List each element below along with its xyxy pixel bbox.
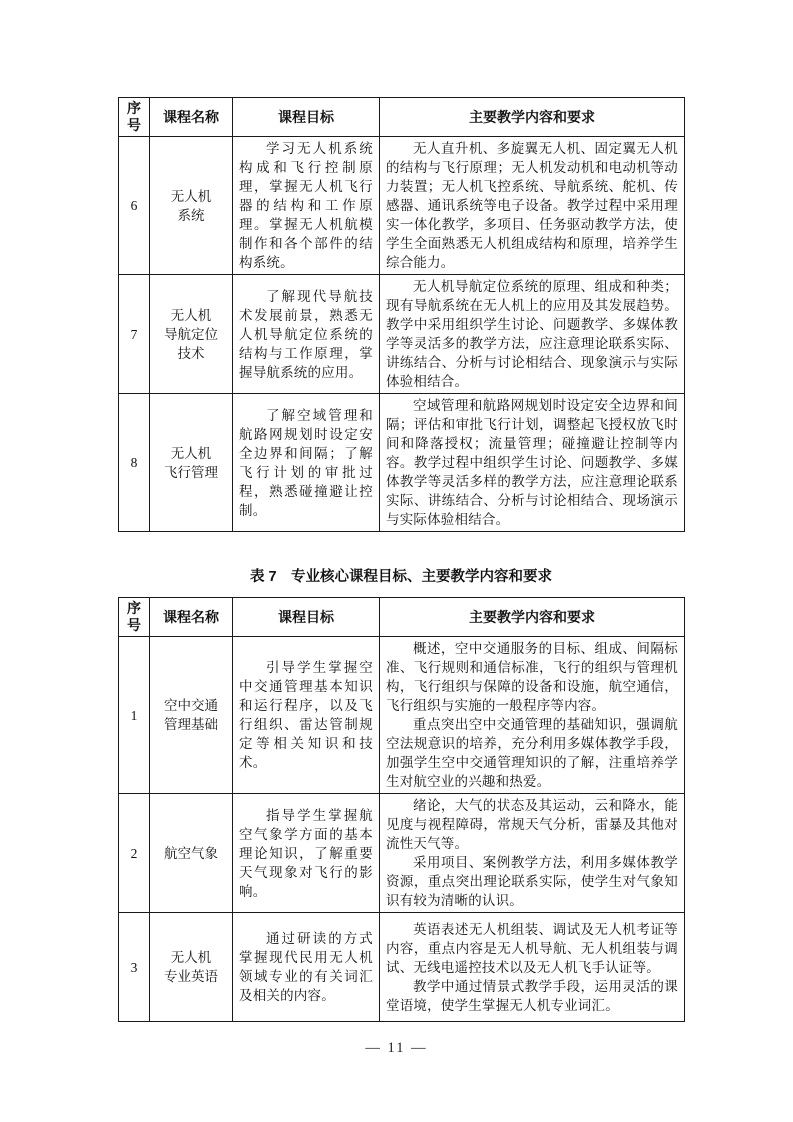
table-header-row: 序 号 课程名称 课程目标 主要教学内容和要求: [119, 598, 685, 637]
cell-teaching-content: 概述，空中交通服务的目标、组成、间隔标准、飞行规则和通信标准，飞行的组织与管理机…: [380, 637, 685, 794]
cell-seq-no: 8: [119, 394, 150, 532]
table-row: 6 无人机 系统 学习无人机系统构成和飞行控制原理，掌握无人机飞行器的结构和工作…: [119, 137, 685, 275]
table-header-row: 序 号 课程名称 课程目标 主要教学内容和要求: [119, 98, 685, 137]
cell-course-name: 空中交通 管理基础: [150, 637, 233, 794]
header-course-name: 课程名称: [150, 598, 233, 637]
content-paragraph: 空域管理和航路网规划时设定安全边界和间隔；评估和审批飞行计划，调整起飞授权放飞时…: [386, 396, 678, 529]
content-paragraph: 重点突出空中交通管理的基础知识，强调航空法规意识的培养，充分利用多媒体教学手段，…: [386, 715, 678, 791]
course-table-7: 序 号 课程名称 课程目标 主要教学内容和要求 1 空中交通 管理基础 引导学生…: [118, 597, 685, 1022]
cell-course-name: 航空气象: [150, 794, 233, 913]
header-course-goal: 课程目标: [233, 598, 380, 637]
table-row: 3 无人机 专业英语 通过研读的方式掌握现代民用无人机领域专业的有关词汇及相关的…: [119, 913, 685, 1022]
cell-course-goal: 学习无人机系统构成和飞行控制原理，掌握无人机飞行器的结构和工作原理。掌握无人机航…: [233, 137, 380, 275]
cell-course-goal: 引导学生掌握空中交通管理基本知识和运行程序，以及飞行组织、雷达管制规定等相关知识…: [233, 637, 380, 794]
table-row: 8 无人机 飞行管理 了解空域管理和航路网规划时设定安全边界和间隔；了解飞行计划…: [119, 394, 685, 532]
content-paragraph: 概述，空中交通服务的目标、组成、间隔标准、飞行规则和通信标准，飞行的组织与管理机…: [386, 639, 678, 715]
cell-teaching-content: 无人机导航定位系统的原理、组成和种类；现有导航系统在无人机上的应用及其发展趋势。…: [380, 275, 685, 394]
course-table-continued: 序 号 课程名称 课程目标 主要教学内容和要求 6 无人机 系统 学习无人机系统…: [118, 97, 685, 532]
content-paragraph: 无人机导航定位系统的原理、组成和种类；现有导航系统在无人机上的应用及其发展趋势。…: [386, 277, 678, 391]
content-paragraph: 采用项目、案例教学方法，利用多媒体教学资源，重点突出理论联系实际，使学生对气象知…: [386, 853, 678, 910]
goal-paragraph: 引导学生掌握空中交通管理基本知识和运行程序，以及飞行组织、雷达管制规定等相关知识…: [239, 658, 373, 772]
cell-course-name: 无人机 专业英语: [150, 913, 233, 1022]
content-paragraph: 绪论，大气的状态及其运动，云和降水，能见度与视程障碍，常规天气分析，雷暴及其他对…: [386, 796, 678, 853]
content-paragraph: 教学中通过情景式教学手段，运用灵活的课堂语境，使学生掌握无人机专业词汇。: [386, 977, 678, 1015]
cell-course-goal: 了解空域管理和航路网规划时设定安全边界和间隔；了解飞行计划的审批过程，熟悉碰撞避…: [233, 394, 380, 532]
content-paragraph: 无人直升机、多旋翼无人机、固定翼无人机的结构与飞行原理；无人机发动机和电动机等动…: [386, 139, 678, 272]
cell-seq-no: 7: [119, 275, 150, 394]
cell-seq-no: 6: [119, 137, 150, 275]
cell-teaching-content: 无人直升机、多旋翼无人机、固定翼无人机的结构与飞行原理；无人机发动机和电动机等动…: [380, 137, 685, 275]
goal-paragraph: 指导学生掌握航空气象学方面的基本理论知识，了解重要天气现象对飞行的影响。: [239, 806, 373, 901]
cell-seq-no: 1: [119, 637, 150, 794]
document-content: 序 号 课程名称 课程目标 主要教学内容和要求 6 无人机 系统 学习无人机系统…: [118, 97, 684, 1022]
cell-seq-no: 2: [119, 794, 150, 913]
cell-course-name: 无人机 系统: [150, 137, 233, 275]
table-row: 7 无人机 导航定位 技术 了解现代导航技术发展前景，熟悉无人机导航定位系统的结…: [119, 275, 685, 394]
header-teaching-content: 主要教学内容和要求: [380, 598, 685, 637]
cell-course-name: 无人机 导航定位 技术: [150, 275, 233, 394]
cell-course-goal: 了解现代导航技术发展前景，熟悉无人机导航定位系统的结构与工作原理，掌握导航系统的…: [233, 275, 380, 394]
cell-seq-no: 3: [119, 913, 150, 1022]
cell-course-goal: 通过研读的方式掌握现代民用无人机领域专业的有关词汇及相关的内容。: [233, 913, 380, 1022]
header-seq-no: 序 号: [119, 98, 150, 137]
header-teaching-content: 主要教学内容和要求: [380, 98, 685, 137]
page-number: — 11 —: [0, 1040, 793, 1057]
goal-paragraph: 学习无人机系统构成和飞行控制原理，掌握无人机飞行器的结构和工作原理。掌握无人机航…: [239, 139, 373, 272]
goal-paragraph: 通过研读的方式掌握现代民用无人机领域专业的有关词汇及相关的内容。: [239, 929, 373, 1005]
goal-paragraph: 了解空域管理和航路网规划时设定安全边界和间隔；了解飞行计划的审批过程，熟悉碰撞避…: [239, 406, 373, 520]
cell-teaching-content: 绪论，大气的状态及其运动，云和降水，能见度与视程障碍，常规天气分析，雷暴及其他对…: [380, 794, 685, 913]
table-row: 2 航空气象 指导学生掌握航空气象学方面的基本理论知识，了解重要天气现象对飞行的…: [119, 794, 685, 913]
table7-caption: 表 7 专业核心课程目标、主要教学内容和要求: [118, 566, 684, 588]
content-paragraph: 英语表述无人机组装、调试及无人机考证等内容，重点内容是无人机导航、无人机组装与调…: [386, 920, 678, 977]
table-row: 1 空中交通 管理基础 引导学生掌握空中交通管理基本知识和运行程序，以及飞行组织…: [119, 637, 685, 794]
header-course-name: 课程名称: [150, 98, 233, 137]
cell-teaching-content: 空域管理和航路网规划时设定安全边界和间隔；评估和审批飞行计划，调整起飞授权放飞时…: [380, 394, 685, 532]
header-seq-no: 序 号: [119, 598, 150, 637]
goal-paragraph: 了解现代导航技术发展前景，熟悉无人机导航定位系统的结构与工作原理，掌握导航系统的…: [239, 287, 373, 382]
cell-teaching-content: 英语表述无人机组装、调试及无人机考证等内容，重点内容是无人机导航、无人机组装与调…: [380, 913, 685, 1022]
header-course-goal: 课程目标: [233, 98, 380, 137]
cell-course-goal: 指导学生掌握航空气象学方面的基本理论知识，了解重要天气现象对飞行的影响。: [233, 794, 380, 913]
cell-course-name: 无人机 飞行管理: [150, 394, 233, 532]
